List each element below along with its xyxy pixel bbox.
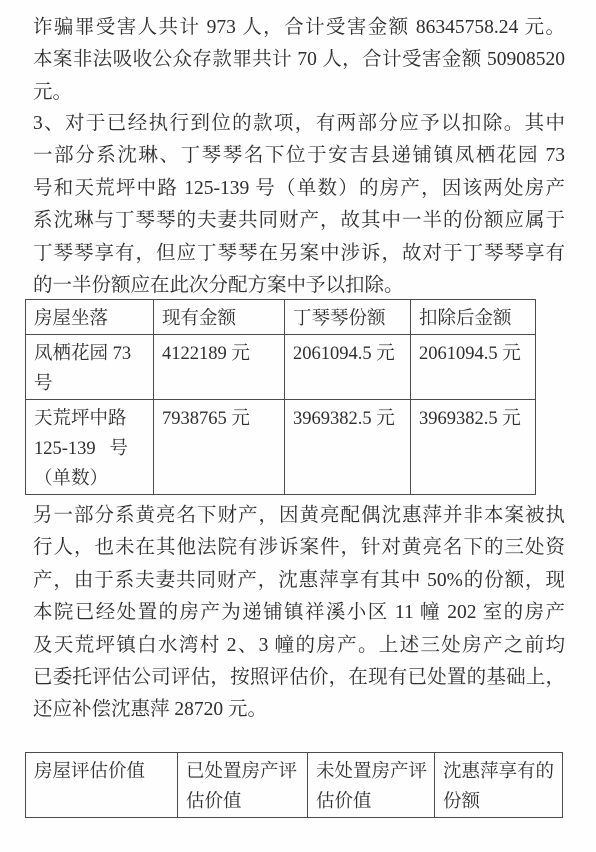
table-header-cell: 现有金额 (154, 300, 285, 335)
table-cell: 7938765 元 (154, 400, 285, 495)
table-header-cell: 未处置房产评 估价值 (308, 753, 435, 818)
text-line: 的一半份额应在此次分配方案中予以扣除。 (33, 270, 565, 302)
table-row: 凤栖花园 73 号 4122189 元 2061094.5 元 2061094.… (26, 335, 536, 400)
table-cell: 3969382.5 元 (285, 400, 411, 495)
paragraph-huangliang-assets: 另一部分系黄亮名下财产，因黄亮配偶沈惠萍并非本案被执 行人，也未在其他法院有涉诉… (33, 500, 565, 727)
text-line: 产，由于系夫妻共同财产，沈惠萍享有其中 50%的份额，现 (33, 565, 565, 597)
text-line: 系沈琳与丁琴琴的夫妻共同财产，故其中一半的份额应属于 (33, 205, 565, 237)
text-line: 已委托评估公司评估，按照评估价，在现有已处置的基础上， (33, 662, 565, 694)
text-line: 行人，也未在其他法院有涉诉案件，针对黄亮名下的三处资 (33, 532, 565, 564)
table-cell: 4122189 元 (154, 335, 285, 400)
table-row: 天荒坪中路 125-139 号 （单数） 7938765 元 3969382.5… (26, 400, 536, 495)
text-line: 一部分系沈琳、丁琴琴名下位于安吉县递铺镇凤栖花园 73 (33, 140, 565, 172)
table-header-cell: 丁琴琴份额 (285, 300, 411, 335)
document-page: 诈骗罪受害人共计 973 人，合计受害金额 86345758.24 元。 本案非… (0, 0, 596, 852)
table-cell: 凤栖花园 73 号 (26, 335, 154, 400)
text-line: 3、对于已经执行到位的款项，有两部分应予以扣除。其中 (33, 108, 565, 140)
table-header-cell: 扣除后金额 (411, 300, 536, 335)
text-line: 及天荒坪镇白水湾村 2、3 幢的房产。上述三处房产之前均 (33, 630, 565, 662)
property-deduction-table: 房屋坐落 现有金额 丁琴琴份额 扣除后金额 凤栖花园 73 号 4122189 … (25, 299, 536, 495)
table-header-row: 房屋坐落 现有金额 丁琴琴份额 扣除后金额 (26, 300, 536, 335)
table-header-cell: 房屋评估价值 (26, 753, 178, 818)
table-cell: 天荒坪中路 125-139 号 （单数） (26, 400, 154, 495)
table-cell: 3969382.5 元 (411, 400, 536, 495)
table-header-cell: 已处置房产评 估价值 (178, 753, 308, 818)
table-header-row: 房屋评估价值 已处置房产评 估价值 未处置房产评 估价值 沈惠萍享有的 份额 (26, 753, 563, 818)
text-line: 本院已经处置的房产为递铺镇祥溪小区 11 幢 202 室的房产 (33, 597, 565, 629)
text-line: 诈骗罪受害人共计 973 人，合计受害金额 86345758.24 元。 (33, 12, 565, 44)
paragraph-crime-totals: 诈骗罪受害人共计 973 人，合计受害金额 86345758.24 元。 本案非… (33, 12, 565, 109)
text-line: 本案非法吸收公众存款罪共计 70 人，合计受害金额 50908520 (33, 44, 565, 76)
table-cell: 2061094.5 元 (411, 335, 536, 400)
property-appraisal-table: 房屋评估价值 已处置房产评 估价值 未处置房产评 估价值 沈惠萍享有的 份额 (25, 752, 563, 818)
text-line: 丁琴琴享有，但应丁琴琴在另案中涉诉，故对于丁琴琴享有 (33, 238, 565, 270)
text-line: 另一部分系黄亮名下财产，因黄亮配偶沈惠萍并非本案被执 (33, 500, 565, 532)
text-line: 号和天荒坪中路 125-139 号（单数）的房产，因该两处房产 (33, 173, 565, 205)
table-cell: 2061094.5 元 (285, 335, 411, 400)
text-line: 还应补偿沈惠萍 28720 元。 (33, 694, 565, 726)
table-header-cell: 房屋坐落 (26, 300, 154, 335)
paragraph-deduction-item-3: 3、对于已经执行到位的款项，有两部分应予以扣除。其中 一部分系沈琳、丁琴琴名下位… (33, 108, 565, 302)
text-line: 元。 (33, 77, 565, 109)
table-header-cell: 沈惠萍享有的 份额 (435, 753, 563, 818)
